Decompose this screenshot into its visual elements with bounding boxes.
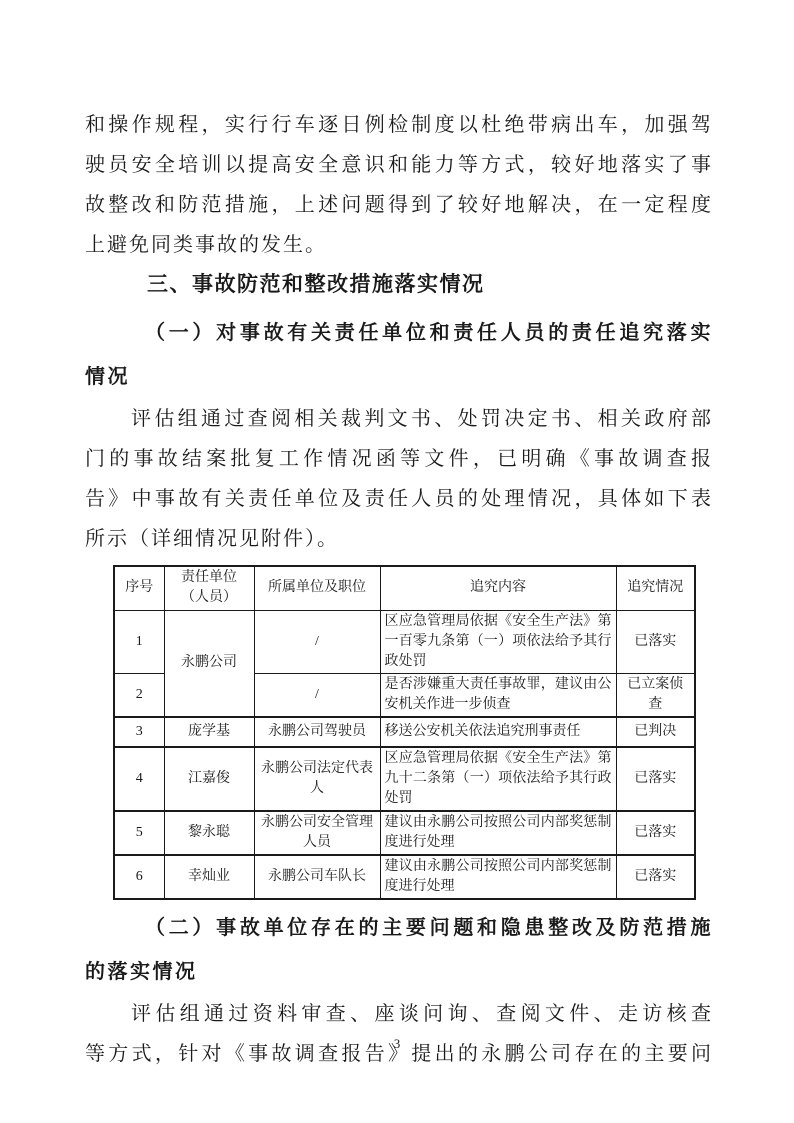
column-header: 追究内容	[380, 566, 616, 610]
table-row: 3庞学基永鹏公司驾驶员移送公安机关依法追究刑事责任已判决	[114, 717, 695, 747]
cell-accountability-status: 已落实	[616, 747, 695, 811]
text-line: 评估组通过查阅相关裁判文书、处罚决定书、相关政府部	[85, 399, 713, 439]
cell-position: /	[254, 610, 380, 673]
cell-index: 1	[114, 610, 164, 673]
text-line: 和操作规程，实行行车逐日例检制度以杜绝带病出车，加强驾	[85, 105, 713, 145]
cell-accountability-status: 已落实	[616, 855, 695, 899]
cell-index: 3	[114, 717, 164, 747]
cell-position: 永鹏公司驾驶员	[254, 717, 380, 747]
text-line: 故整改和防范措施，上述问题得到了较好地解决，在一定程度	[85, 185, 713, 225]
cell-position: 永鹏公司法定代表人	[254, 747, 380, 811]
cell-position: /	[254, 673, 380, 717]
column-header: 责任单位（人员）	[164, 566, 254, 610]
column-header: 所属单位及职位	[254, 566, 380, 610]
text-line: 上避免同类事故的发生。	[85, 225, 713, 265]
cell-accountability-content: 区应急管理局依据《安全生产法》第一百零九条第（一）项依法给予其行政处罚	[380, 610, 616, 673]
text-line: 门的事故结案批复工作情况函等文件，已明确《事故调查报	[85, 439, 713, 479]
section-heading-3: 三、事故防范和整改措施落实情况	[147, 265, 713, 305]
text-line: 的落实情况	[85, 950, 713, 994]
cell-accountability-content: 是否涉嫌重大责任事故罪，建议由公安机关作进一步侦查	[380, 673, 616, 717]
text-line: 评估组通过资料审查、座谈问询、查阅文件、走访核查	[85, 994, 713, 1034]
text-line: 驶员安全培训以提高安全意识和能力等方式，较好地落实了事	[85, 145, 713, 185]
cell-index: 5	[114, 811, 164, 855]
subsection-heading-2: （二）事故单位存在的主要问题和隐患整改及防范措施的落实情况	[85, 906, 713, 994]
paragraph-assessment-documents: 评估组通过查阅相关裁判文书、处罚决定书、相关政府部门的事故结案批复工作情况函等文…	[85, 399, 713, 559]
table-row: 1永鹏公司/区应急管理局依据《安全生产法》第一百零九条第（一）项依法给予其行政处…	[114, 610, 695, 673]
cell-position: 永鹏公司车队长	[254, 855, 380, 899]
cell-index: 6	[114, 855, 164, 899]
cell-accountability-status: 已落实	[616, 811, 695, 855]
responsibility-table: 序号责任单位（人员）所属单位及职位追究内容追究情况1永鹏公司/区应急管理局依据《…	[113, 565, 696, 900]
cell-responsible-unit: 江嘉俊	[164, 747, 254, 811]
paragraph-rectification: 评估组通过资料审查、座谈问询、查阅文件、走访核查等方式，针对《事故调查报告》提出…	[85, 994, 713, 1074]
subsection-heading-1: （一）对事故有关责任单位和责任人员的责任追究落实情况	[85, 311, 713, 399]
cell-accountability-status: 已立案侦查	[616, 673, 695, 717]
paragraph-continuation: 和操作规程，实行行车逐日例检制度以杜绝带病出车，加强驾驶员安全培训以提高安全意识…	[85, 105, 713, 265]
text-line: 告》中事故有关责任单位及责任人员的处理情况，具体如下表	[85, 479, 713, 519]
cell-index: 4	[114, 747, 164, 811]
cell-accountability-content: 区应急管理局依据《安全生产法》第九十二条第（一）项依法给予其行政处罚	[380, 747, 616, 811]
responsibility-table-body: 序号责任单位（人员）所属单位及职位追究内容追究情况1永鹏公司/区应急管理局依据《…	[114, 566, 695, 899]
page-content: 和操作规程，实行行车逐日例检制度以杜绝带病出车，加强驾驶员安全培训以提高安全意识…	[85, 105, 713, 1074]
cell-accountability-content: 建议由永鹏公司按照公司内部奖惩制度进行处理	[380, 811, 616, 855]
text-line: （一）对事故有关责任单位和责任人员的责任追究落实	[85, 311, 713, 355]
text-line: （二）事故单位存在的主要问题和隐患整改及防范措施	[85, 906, 713, 950]
table-row: 5黎永聪永鹏公司安全管理人员建议由永鹏公司按照公司内部奖惩制度进行处理已落实	[114, 811, 695, 855]
table-row: 4江嘉俊永鹏公司法定代表人区应急管理局依据《安全生产法》第九十二条第（一）项依法…	[114, 747, 695, 811]
cell-position: 永鹏公司安全管理人员	[254, 811, 380, 855]
column-header: 追究情况	[616, 566, 695, 610]
column-header: 序号	[114, 566, 164, 610]
table-header-row: 序号责任单位（人员）所属单位及职位追究内容追究情况	[114, 566, 695, 610]
text-line: 情况	[85, 355, 713, 399]
table-row: 6幸灿业永鹏公司车队长建议由永鹏公司按照公司内部奖惩制度进行处理已落实	[114, 855, 695, 899]
page-number: 3	[0, 1036, 794, 1052]
cell-responsible-unit: 庞学基	[164, 717, 254, 747]
cell-accountability-content: 建议由永鹏公司按照公司内部奖惩制度进行处理	[380, 855, 616, 899]
cell-responsible-unit: 幸灿业	[164, 855, 254, 899]
cell-responsible-unit: 永鹏公司	[164, 610, 254, 717]
cell-accountability-content: 移送公安机关依法追究刑事责任	[380, 717, 616, 747]
document-page: 和操作规程，实行行车逐日例检制度以杜绝带病出车，加强驾驶员安全培训以提高安全意识…	[0, 0, 794, 1123]
cell-accountability-status: 已落实	[616, 610, 695, 673]
cell-index: 2	[114, 673, 164, 717]
text-line: 所示（详细情况见附件）。	[85, 519, 713, 559]
cell-accountability-status: 已判决	[616, 717, 695, 747]
cell-responsible-unit: 黎永聪	[164, 811, 254, 855]
